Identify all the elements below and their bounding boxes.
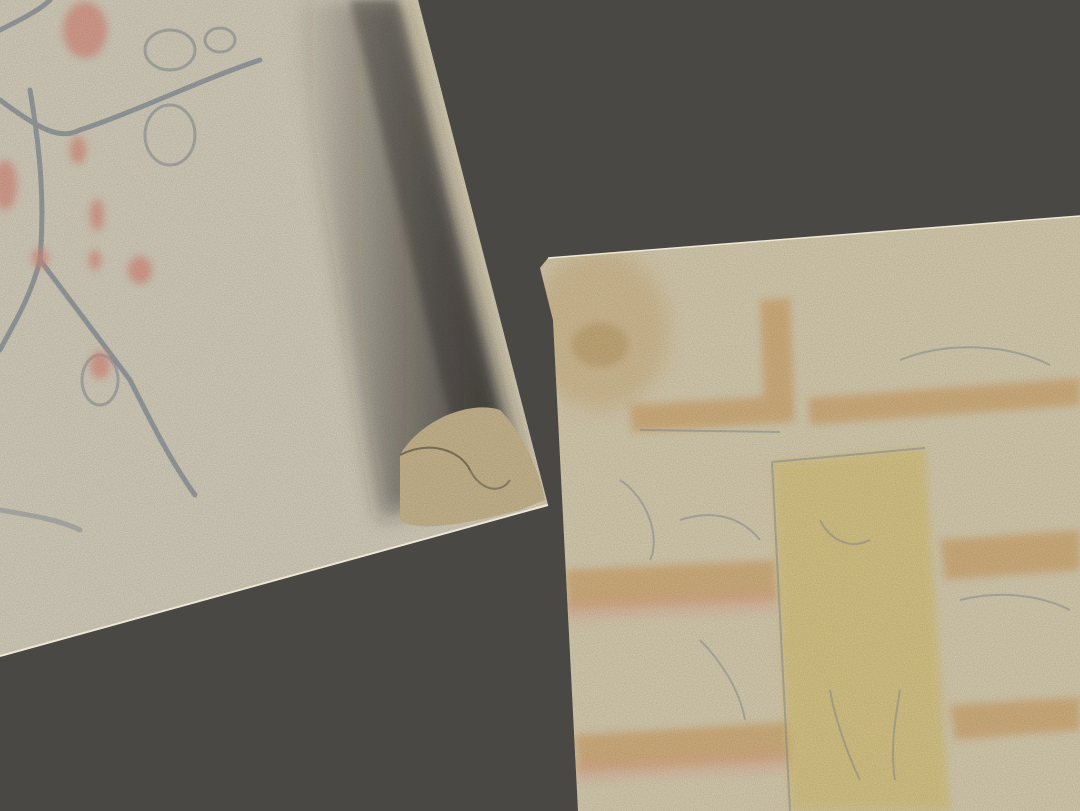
photo-scene [0, 0, 1080, 811]
paper-fragments-illustration [0, 0, 1080, 811]
